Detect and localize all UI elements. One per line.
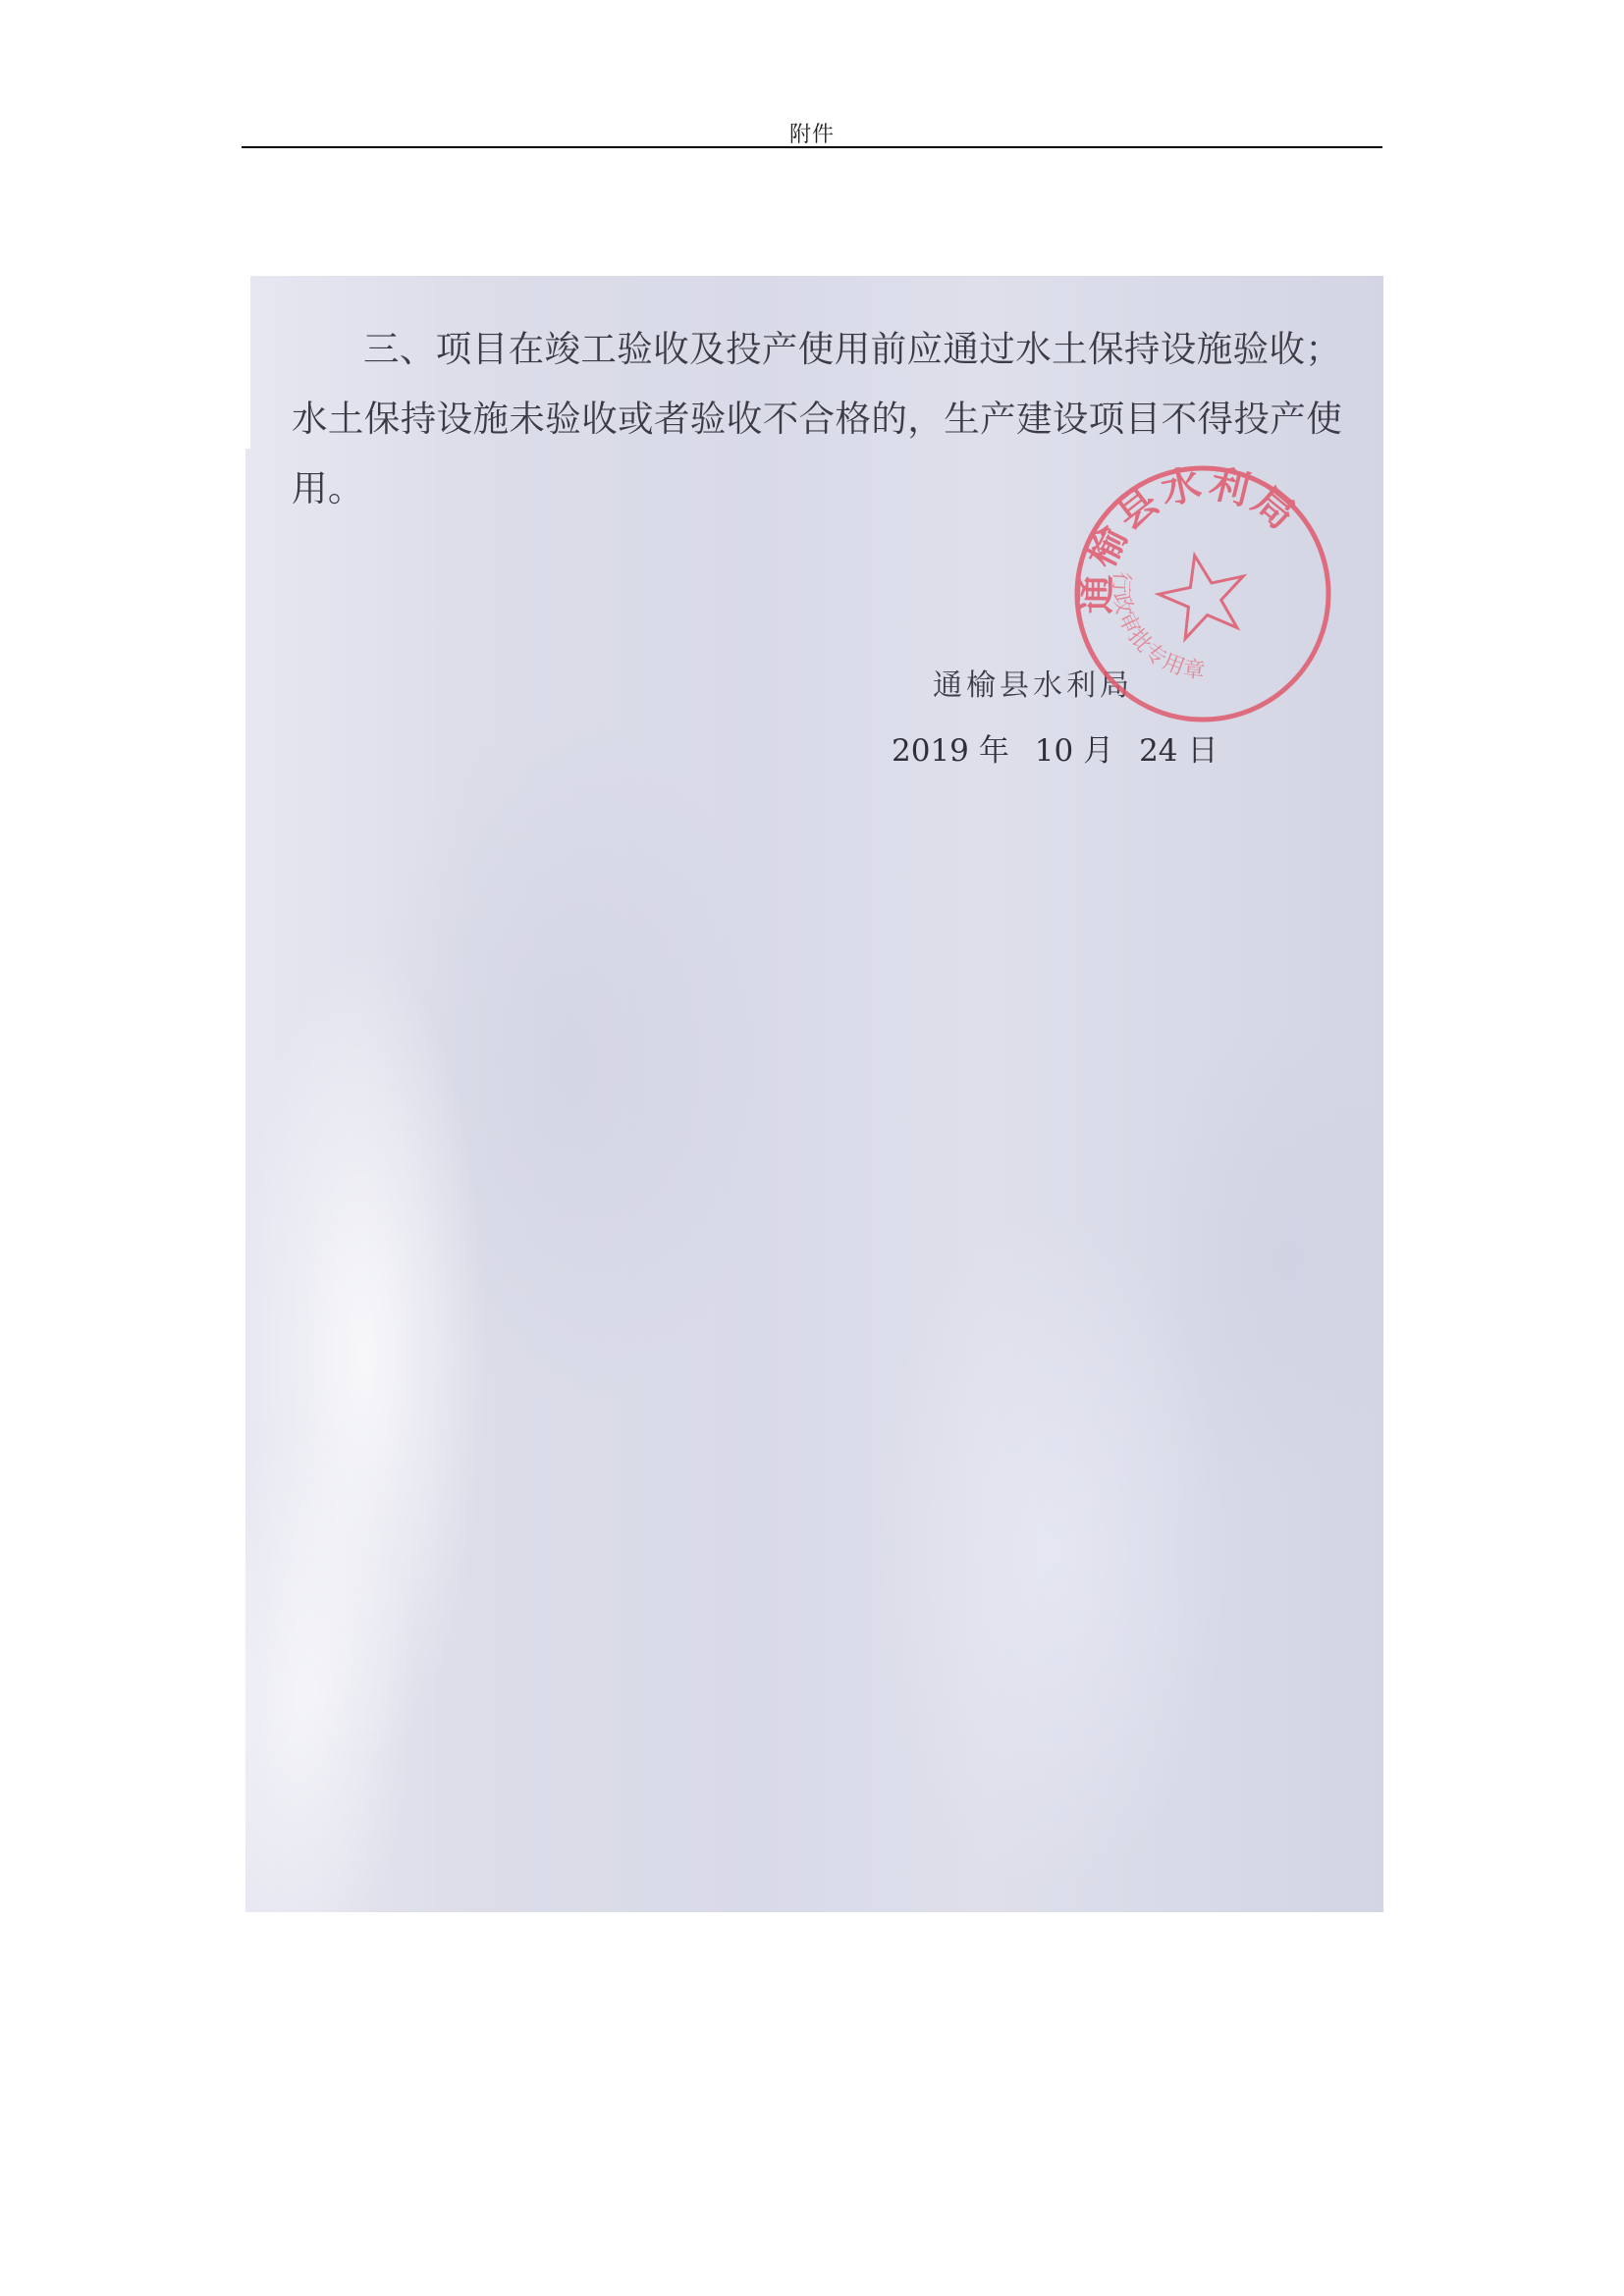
date-day-unit: 日 [1188,733,1218,769]
date-year: 2019 [892,733,969,769]
attachment-label: 附件 [242,118,1382,148]
date-day: 24 [1139,733,1177,769]
date-year-unit: 年 [979,733,1009,769]
header-rule [242,146,1382,148]
page-header: 附件 [242,110,1382,149]
official-seal: 通榆县水利局 行政审批专用章 [1072,463,1333,724]
scanned-document-photo: 三、项目在竣工验收及投产使用前应通过水土保持设施验收；水土保持设施未验收或者验收… [245,276,1383,1912]
star-icon [1153,547,1254,643]
date-month-unit: 月 [1083,733,1113,769]
issue-date: 2019年 10月 24日 [892,725,1228,770]
date-month: 10 [1035,733,1073,769]
seal-inner-text: 行政审批专用章 [1108,570,1207,683]
